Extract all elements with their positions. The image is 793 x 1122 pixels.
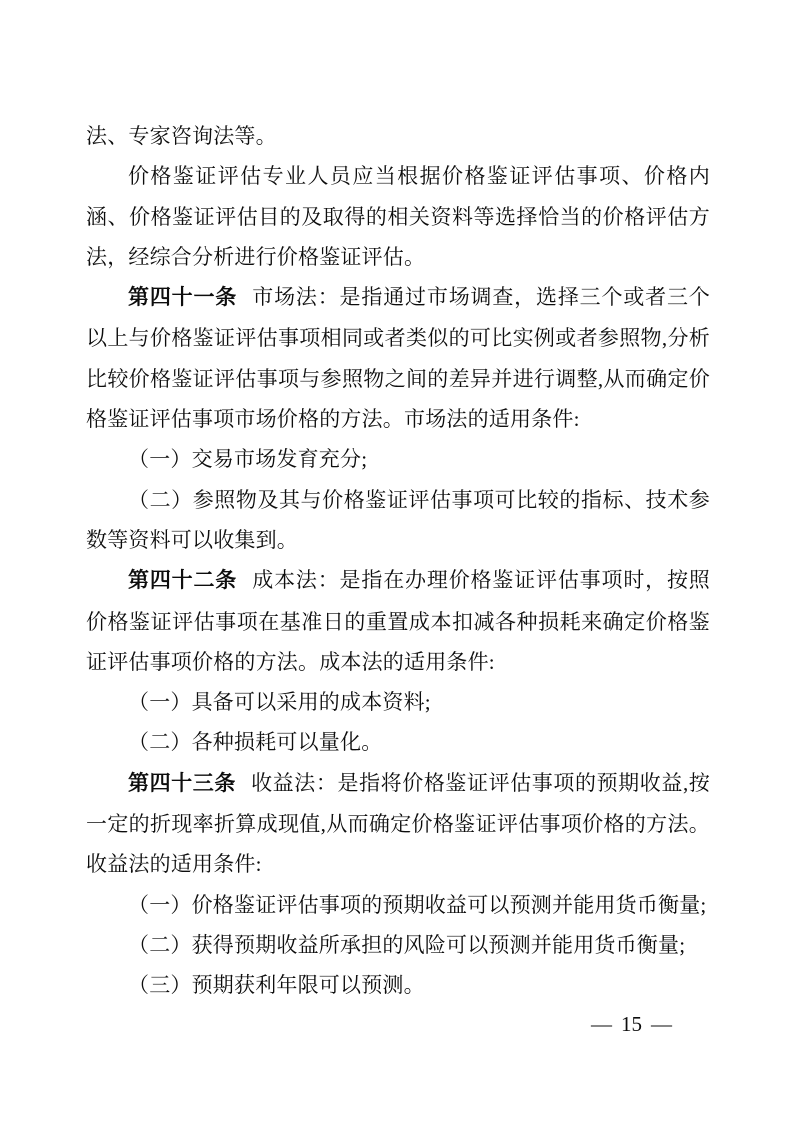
article-41-item-2-text: （二）参照物及其与价格鉴证评估事项可比较的指标、技术参数等资料可以收集到。 [86, 488, 710, 552]
document-body: 法、专家咨询法等。 价格鉴证评估专业人员应当根据价格鉴证评估事项、价格内涵、价格… [0, 0, 793, 1006]
article-43-number: 第四十三条 [128, 772, 236, 795]
article-41-item-1-text: （一）交易市场发育充分; [128, 447, 367, 471]
footer-dash-left: — [591, 1011, 612, 1037]
article-42-number: 第四十二条 [128, 569, 237, 592]
paragraph-continuation-text: 法、专家咨询法等。 [86, 124, 277, 148]
article-43-item-3-text: （三）预期获利年限可以预测。 [128, 973, 425, 997]
article-43-item-1-text: （一）价格鉴证评估事项的预期收益可以预测并能用货币衡量; [128, 893, 706, 917]
article-43-item-3: （三）预期获利年限可以预测。 [86, 965, 710, 1005]
article-43: 第四十三条收益法：是指将价格鉴证评估事项的预期收益,按一定的折现率折算成现值,从… [86, 763, 710, 885]
article-42: 第四十二条成本法：是指在办理价格鉴证评估事项时，按照价格鉴证评估事项在基准日的重… [86, 560, 710, 682]
article-42-item-2: （二）各种损耗可以量化。 [86, 722, 710, 762]
paragraph-intro: 价格鉴证评估专业人员应当根据价格鉴证评估事项、价格内涵、价格鉴证评估目的及取得的… [86, 156, 710, 277]
article-42-item-1-text: （一）具备可以采用的成本资料; [128, 690, 431, 714]
paragraph-continuation: 法、专家咨询法等。 [86, 116, 710, 156]
article-43-item-2-text: （二）获得预期收益所承担的风险可以预测并能用货币衡量; [128, 933, 685, 957]
page-footer: —15— [582, 1011, 681, 1037]
article-42-item-2-text: （二）各种损耗可以量化。 [128, 730, 382, 754]
document-page: 法、专家咨询法等。 价格鉴证评估专业人员应当根据价格鉴证评估事项、价格内涵、价格… [0, 0, 793, 1122]
footer-dash-right: — [651, 1011, 672, 1037]
paragraph-intro-text: 价格鉴证评估专业人员应当根据价格鉴证评估事项、价格内涵、价格鉴证评估目的及取得的… [86, 164, 710, 269]
article-41-item-1: （一）交易市场发育充分; [86, 439, 710, 479]
article-42-item-1: （一）具备可以采用的成本资料; [86, 682, 710, 722]
article-43-item-1: （一）价格鉴证评估事项的预期收益可以预测并能用货币衡量; [86, 885, 710, 925]
article-41-number: 第四十一条 [128, 286, 237, 309]
article-43-item-2: （二）获得预期收益所承担的风险可以预测并能用货币衡量; [86, 925, 710, 965]
article-41: 第四十一条市场法：是指通过市场调查，选择三个或者三个以上与价格鉴证评估事项相同或… [86, 277, 710, 439]
page-number: 15 [621, 1012, 642, 1036]
article-41-item-2: （二）参照物及其与价格鉴证评估事项可比较的指标、技术参数等资料可以收集到。 [86, 480, 710, 561]
